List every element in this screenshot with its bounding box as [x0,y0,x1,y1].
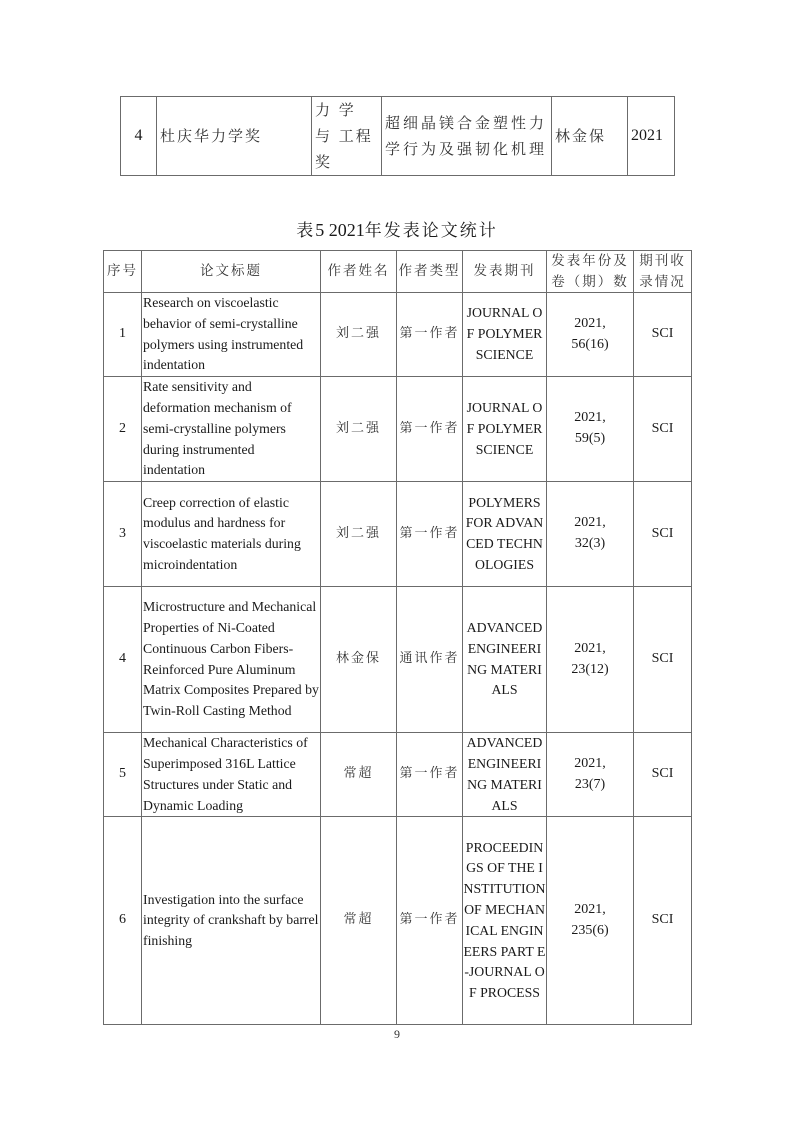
cell-year-volume: 2021,56(16) [547,293,634,377]
caption-prefix: 5 2021 [315,220,365,240]
cell-author: 刘二强 [321,482,397,587]
cell-author-type: 第一作者 [397,817,463,1025]
cell-author-type: 第一作者 [397,377,463,482]
page-number: 9 [0,1027,794,1042]
cell-title: Research on viscoelastic behavior of sem… [142,293,321,377]
cell-author-type: 通讯作者 [397,587,463,733]
cell-author-type: 第一作者 [397,293,463,377]
cell-index: 5 [104,733,142,817]
header-journal: 发表期刊 [463,251,547,293]
award-table: 4 杜庆华力学奖 力 学 与 工程奖 超细晶镁合金塑性力学行为及强韧化机理 林金… [120,96,675,176]
award-name: 杜庆华力学奖 [157,97,312,176]
cell-author: 常超 [321,817,397,1025]
header-title: 论文标题 [142,251,321,293]
table-row: 3Creep correction of elastic modulus and… [104,482,692,587]
cell-title: Investigation into the surface integrity… [142,817,321,1025]
cell-indexing: SCI [634,733,692,817]
award-index: 4 [121,97,157,176]
cell-title: Creep correction of elastic modulus and … [142,482,321,587]
header-index: 序号 [104,251,142,293]
award-row: 4 杜庆华力学奖 力 学 与 工程奖 超细晶镁合金塑性力学行为及强韧化机理 林金… [121,97,675,176]
cell-indexing: SCI [634,817,692,1025]
table-row: 5Mechanical Characteristics of Superimpo… [104,733,692,817]
cell-author: 刘二强 [321,293,397,377]
volume-text: 56(16) [547,335,633,356]
header-author-type: 作者类型 [397,251,463,293]
cell-journal: ADVANCED ENGINEERING MATERIALS [463,733,547,817]
volume-text: 235(6) [547,921,633,942]
cell-author: 常超 [321,733,397,817]
cell-indexing: SCI [634,587,692,733]
caption-prefix-label: 表 [296,221,315,241]
header-author: 作者姓名 [321,251,397,293]
cell-year-volume: 2021,235(6) [547,817,634,1025]
cell-year-volume: 2021,59(5) [547,377,634,482]
cell-year-volume: 2021,23(12) [547,587,634,733]
year-text: 2021, [547,900,633,921]
cell-indexing: SCI [634,293,692,377]
volume-text: 23(7) [547,775,633,796]
cell-journal: ADVANCED ENGINEERING MATERIALS [463,587,547,733]
volume-text: 32(3) [547,534,633,555]
cell-journal: JOURNAL OF POLYMER SCIENCE [463,377,547,482]
cell-index: 2 [104,377,142,482]
table-caption: 表5 2021年发表论文统计 [0,216,794,241]
papers-header-row: 序号 论文标题 作者姓名 作者类型 发表期刊 发表年份及卷（期）数 期刊收录情况 [104,251,692,293]
year-text: 2021, [547,754,633,775]
year-text: 2021, [547,314,633,335]
cell-title: Microstructure and Mechanical Properties… [142,587,321,733]
award-project: 超细晶镁合金塑性力学行为及强韧化机理 [382,97,552,176]
cell-indexing: SCI [634,482,692,587]
cell-index: 3 [104,482,142,587]
table-row: 1Research on viscoelastic behavior of se… [104,293,692,377]
cell-index: 6 [104,817,142,1025]
cell-index: 4 [104,587,142,733]
cell-journal: JOURNAL OF POLYMER SCIENCE [463,293,547,377]
cell-year-volume: 2021,23(7) [547,733,634,817]
cell-author: 刘二强 [321,377,397,482]
award-category: 力 学 与 工程奖 [312,97,382,176]
papers-body: 1Research on viscoelastic behavior of se… [104,293,692,1025]
cell-author: 林金保 [321,587,397,733]
cell-year-volume: 2021,32(3) [547,482,634,587]
papers-table: 序号 论文标题 作者姓名 作者类型 发表期刊 发表年份及卷（期）数 期刊收录情况… [103,250,692,1025]
table-row: 6Investigation into the surface integrit… [104,817,692,1025]
award-year: 2021 [628,97,675,176]
cell-title: Rate sensitivity and deformation mechani… [142,377,321,482]
year-text: 2021, [547,513,633,534]
caption-suffix: 年发表论文统计 [365,221,498,241]
cell-author-type: 第一作者 [397,733,463,817]
year-text: 2021, [547,639,633,660]
cell-title: Mechanical Characteristics of Superimpos… [142,733,321,817]
header-indexing: 期刊收录情况 [634,251,692,293]
table-row: 2Rate sensitivity and deformation mechan… [104,377,692,482]
cell-author-type: 第一作者 [397,482,463,587]
volume-text: 59(5) [547,429,633,450]
table-row: 4Microstructure and Mechanical Propertie… [104,587,692,733]
year-text: 2021, [547,408,633,429]
volume-text: 23(12) [547,660,633,681]
cell-index: 1 [104,293,142,377]
header-year-volume: 发表年份及卷（期）数 [547,251,634,293]
cell-indexing: SCI [634,377,692,482]
cell-journal: PROCEEDINGS OF THE INSTITUTION OF MECHAN… [463,817,547,1025]
award-winner: 林金保 [552,97,628,176]
cell-journal: POLYMERS FOR ADVANCED TECHNOLOGIES [463,482,547,587]
